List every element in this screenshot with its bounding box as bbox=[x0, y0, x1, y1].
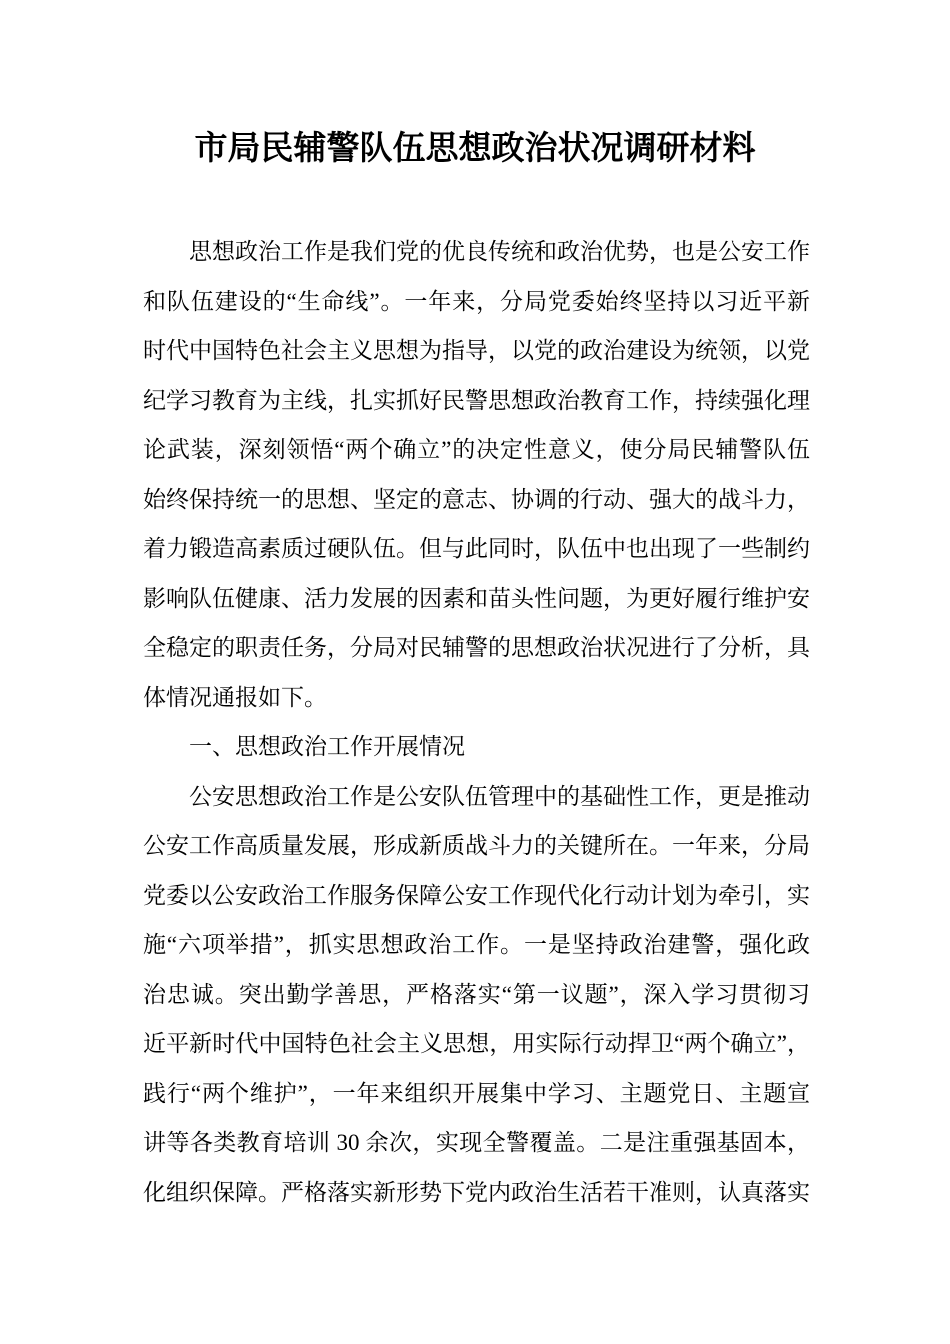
text-line: 近平新时代中国特色社会主义思想，用实际行动捍卫“两个确立”， bbox=[143, 1019, 810, 1069]
text-line: 践行“两个维护”，一年来组织开展集中学习、主题党日、主题宣 bbox=[143, 1069, 810, 1119]
text-line: 影响队伍健康、活力发展的因素和苗头性问题，为更好履行维护安 bbox=[143, 574, 810, 624]
text-line: 体情况通报如下。 bbox=[143, 673, 810, 723]
section-heading: 一、思想政治工作开展情况 bbox=[143, 722, 810, 772]
text-line: 讲等各类教育培训 30 余次，实现全警覆盖。二是注重强基固本，强 bbox=[143, 1118, 810, 1168]
document-title: 市局民辅警队伍思想政治状况调研材料 bbox=[0, 129, 950, 167]
text-line: 治忠诚。突出勤学善思，严格落实“第一议题”，深入学习贯彻习 bbox=[143, 970, 810, 1020]
text-line: 公安工作高质量发展，形成新质战斗力的关键所在。一年来，分局 bbox=[143, 821, 810, 871]
text-line: 施“六项举措”，抓实思想政治工作。一是坚持政治建警，强化政 bbox=[143, 920, 810, 970]
text-line: 论武装，深刻领悟“两个确立”的决定性意义，使分局民辅警队伍 bbox=[143, 425, 810, 475]
text-line: 时代中国特色社会主义思想为指导，以党的政治建设为统领，以党 bbox=[143, 326, 810, 376]
document-page: 市局民辅警队伍思想政治状况调研材料 思想政治工作是我们党的优良传统和政治优势，也… bbox=[0, 0, 950, 1344]
text-line: 始终保持统一的思想、坚定的意志、协调的行动、强大的战斗力， bbox=[143, 475, 810, 525]
text-line: 党委以公安政治工作服务保障公安工作现代化行动计划为牵引，实 bbox=[143, 871, 810, 921]
text-line: 和队伍建设的“生命线”。一年来，分局党委始终坚持以习近平新 bbox=[143, 277, 810, 327]
text-line: 公安思想政治工作是公安队伍管理中的基础性工作，更是推动 bbox=[143, 772, 810, 822]
document-body: 思想政治工作是我们党的优良传统和政治优势，也是公安工作和队伍建设的“生命线”。一… bbox=[143, 227, 810, 1217]
text-line: 思想政治工作是我们党的优良传统和政治优势，也是公安工作 bbox=[143, 227, 810, 277]
text-line: 着力锻造高素质过硬队伍。但与此同时，队伍中也出现了一些制约 bbox=[143, 524, 810, 574]
text-line: 化组织保障。严格落实新形势下党内政治生活若干准则，认真落实 bbox=[143, 1168, 810, 1218]
text-line: 全稳定的职责任务，分局对民辅警的思想政治状况进行了分析，具 bbox=[143, 623, 810, 673]
text-line: 纪学习教育为主线，扎实抓好民警思想政治教育工作，持续强化理 bbox=[143, 376, 810, 426]
